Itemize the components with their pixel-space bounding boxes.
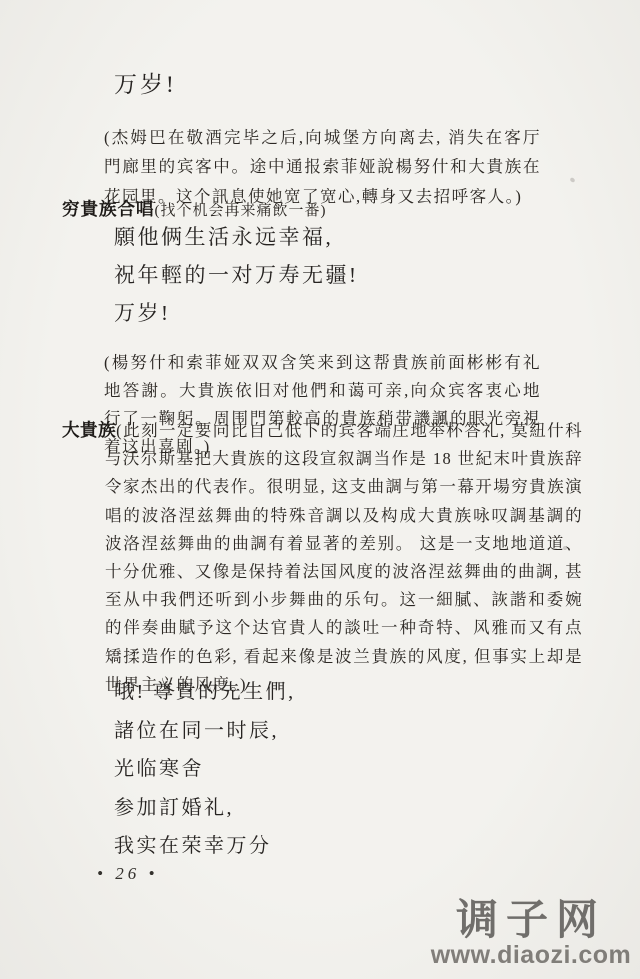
scanned-book-page: 万岁! (杰姆巴在敬酒完毕之后,向城堡方向离去, 消失在客厅門廊里的宾客中。途中… [0,0,640,979]
site-watermark: 调子网 www.diaozi.com [424,898,638,968]
lyric-line: 参加訂婚礼, [114,798,296,819]
chorus-lyrics-block: 願他俩生活永远幸福, 祝年輕的一对万寿无疆! 万岁! [114,226,359,340]
lyric-line: 哦! 尊貴的先生們, [114,682,296,703]
page-number: • 26 • [97,864,158,884]
watermark-site-name: 调子网 [424,898,638,942]
scan-speck [569,177,575,183]
cheer-line-top: 万岁! [114,66,177,99]
chorus-stage-note: (找个机会再来痛飲一番) [155,203,327,219]
lyric-line: 我实在荣幸万分 [114,836,296,857]
lyric-line: 光临寒舍 [114,759,296,780]
lyric-line: 諸位在同一时辰, [114,721,296,742]
magnate-commentary-text: (此刻一定要向比自己低下的宾客端庄地举杯答礼, 莫紐什科与沃尔斯基把大貴族的这段… [105,421,583,694]
lyric-line: 願他俩生活永远幸福, [114,226,359,248]
chorus-speaker-label: 穷貴族合唱 [62,199,155,219]
watermark-site-url: www.diaozi.com [424,942,638,968]
chorus-heading: 穷貴族合唱(找个机会再来痛飲一番) [62,196,327,221]
scan-speck [563,546,567,550]
magnate-lyrics-block: 哦! 尊貴的先生們, 諸位在同一时辰, 光临寒舍 参加訂婚礼, 我实在荣幸万分 [114,682,296,875]
magnate-speaker-label: 大貴族 [62,420,116,440]
lyric-line: 万岁! [114,302,359,324]
magnate-commentary-paragraph: 大貴族(此刻一定要向比自己低下的宾客端庄地举杯答礼, 莫紐什科与沃尔斯基把大貴族… [62,416,583,699]
lyric-line: 祝年輕的一对万寿无疆! [114,264,359,286]
